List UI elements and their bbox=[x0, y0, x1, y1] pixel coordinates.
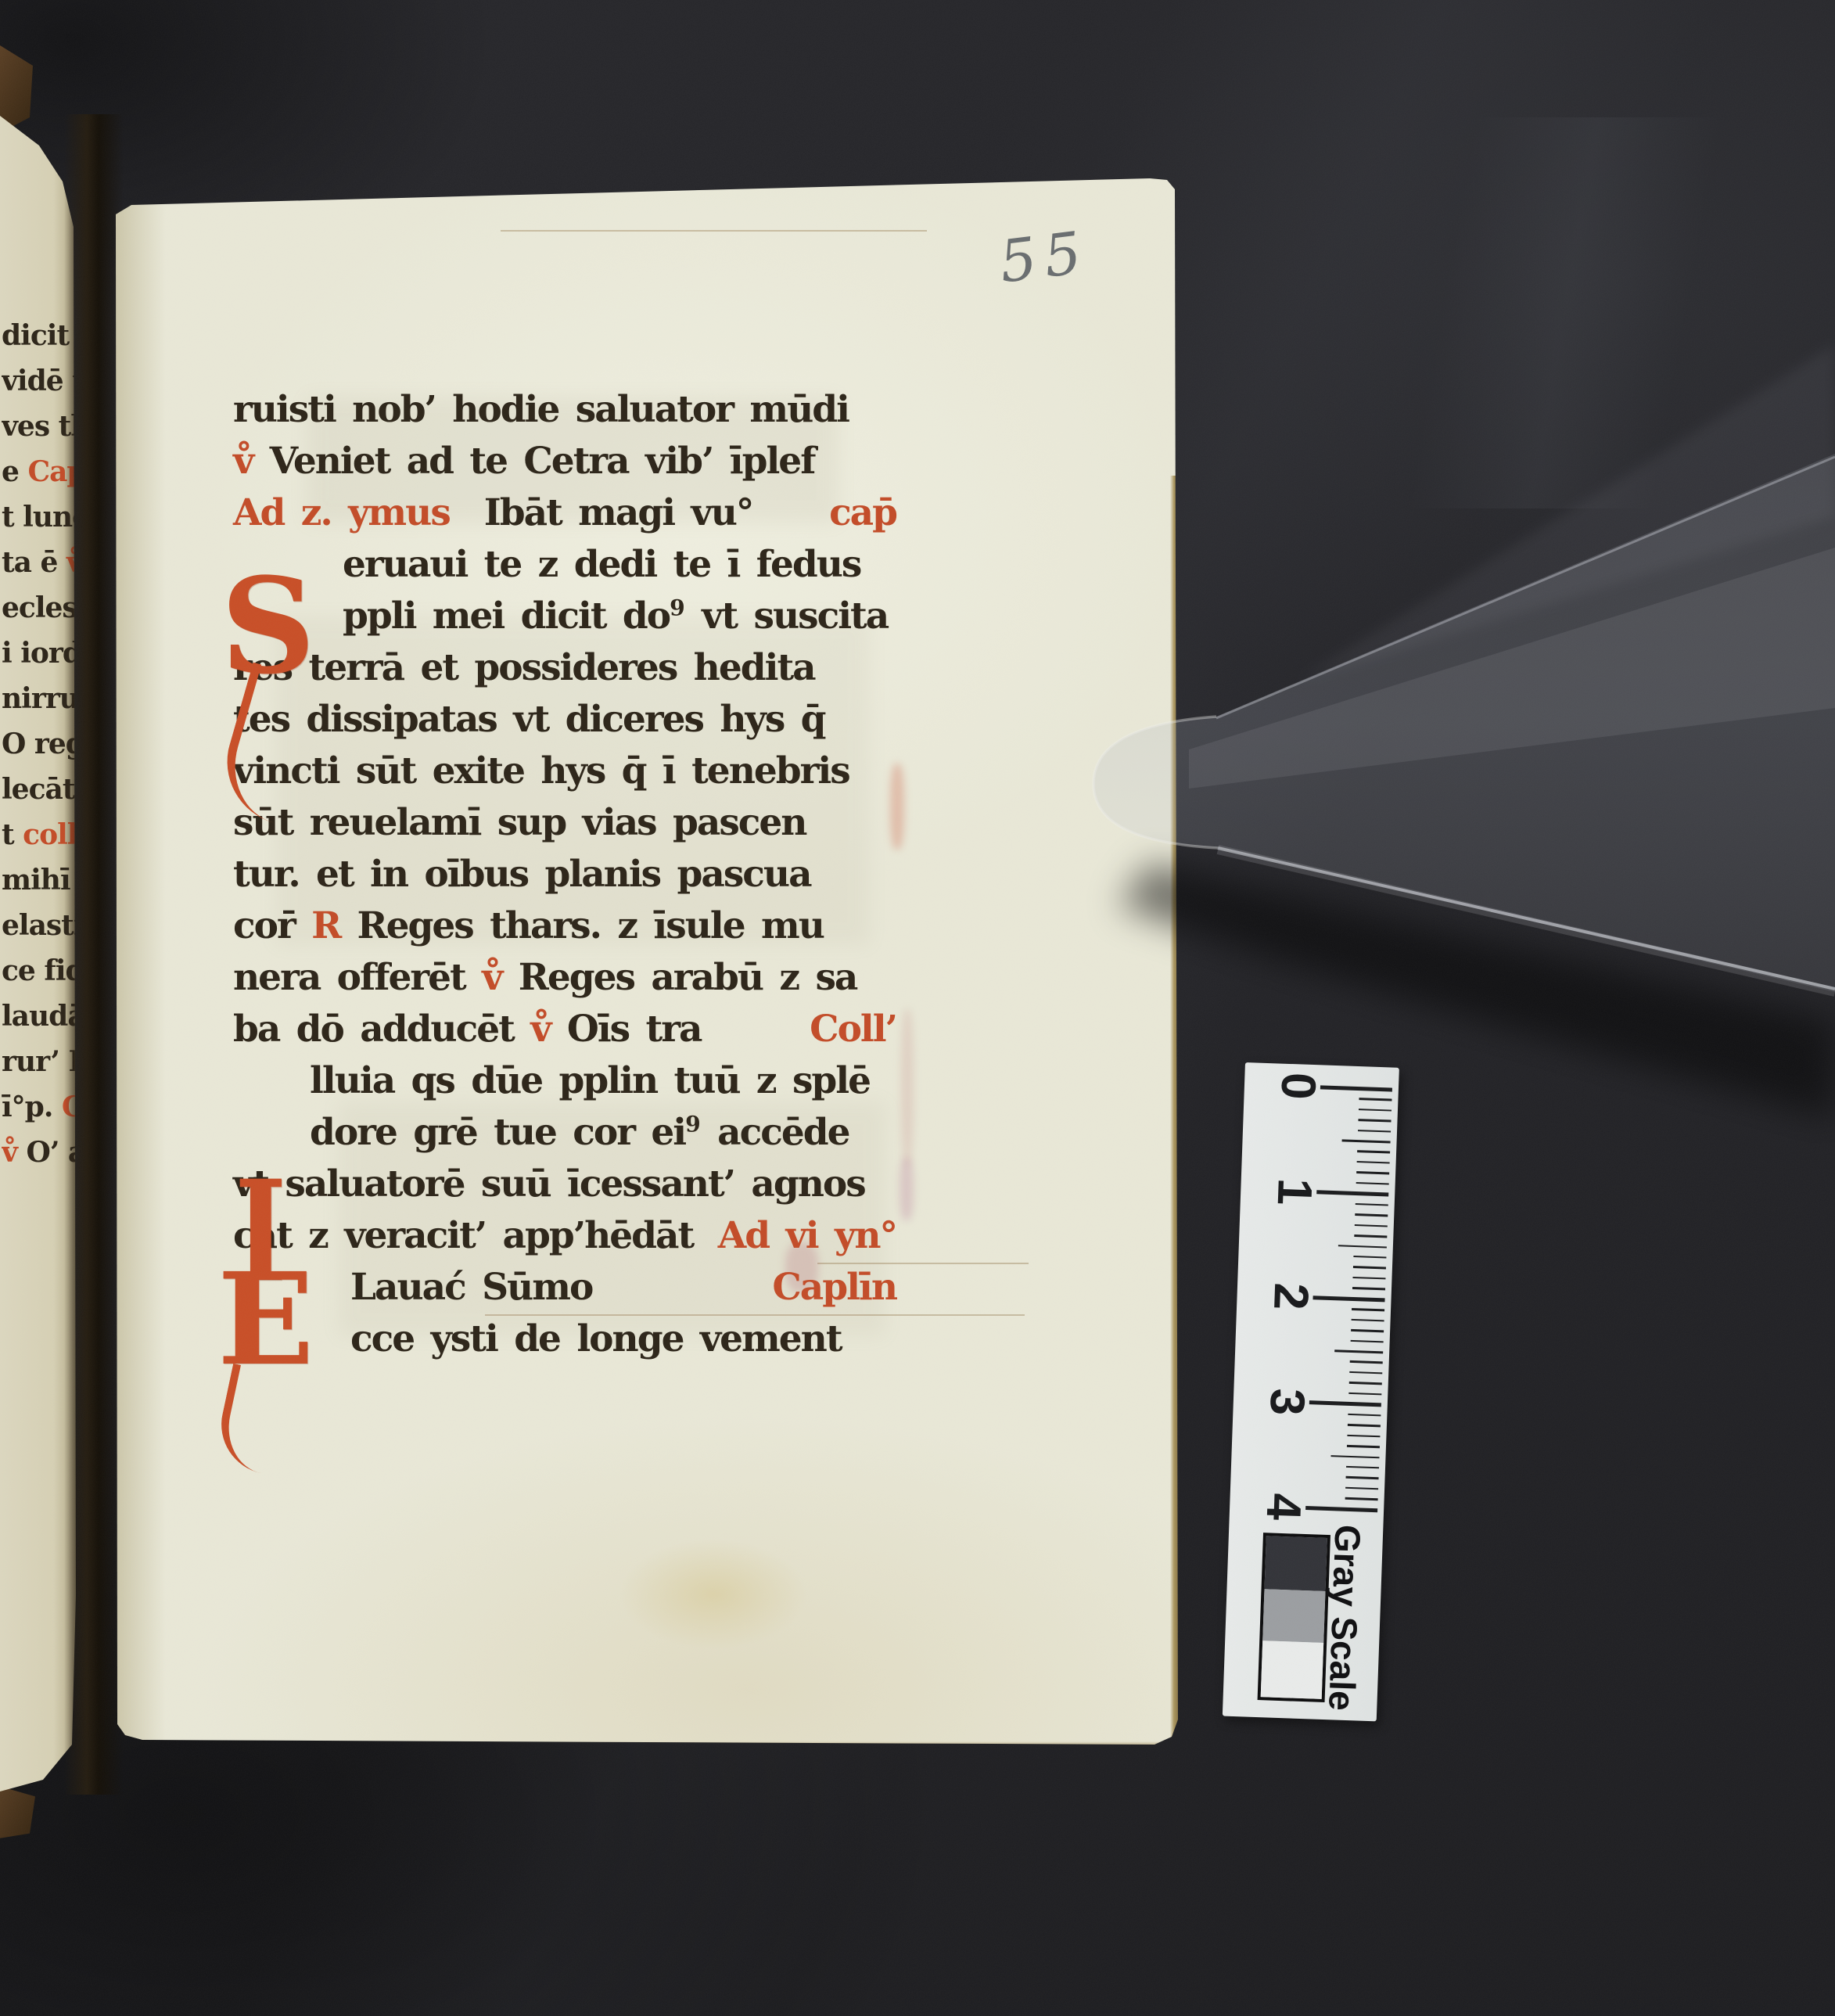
text-segment: dore grē tue cor ei bbox=[310, 1111, 685, 1154]
text-line: sūt reuelamī sup vias pascen bbox=[233, 801, 896, 853]
text-line: nera offerēt v̊ Reges arabū z sa bbox=[233, 956, 896, 1008]
ruler-tick bbox=[1348, 1393, 1381, 1396]
text-segment: v̊ bbox=[482, 956, 519, 999]
text-segment: Ad z. ymus bbox=[233, 491, 450, 534]
ruler-tick bbox=[1354, 1234, 1387, 1238]
ruler-tick bbox=[1320, 1085, 1392, 1091]
text-line: tur. et in oībus planis pascua bbox=[233, 853, 896, 904]
ruler-tick bbox=[1345, 1487, 1378, 1490]
grayscale-patch-dark bbox=[1265, 1536, 1327, 1591]
text-segment: Coll’ bbox=[810, 1008, 896, 1051]
initial-e: E bbox=[217, 1256, 314, 1383]
text-line: vincti sūt exite hys q̄ ī tenebris bbox=[233, 749, 896, 801]
ruler-tick bbox=[1309, 1400, 1381, 1407]
ruler-tick bbox=[1356, 1182, 1389, 1185]
ruler-tick bbox=[1358, 1130, 1391, 1133]
red-smudge bbox=[901, 1009, 914, 1166]
ruler-tick bbox=[1351, 1339, 1384, 1342]
ruler-tick bbox=[1345, 1497, 1378, 1500]
ruler-tick bbox=[1355, 1213, 1388, 1216]
gutter-shadow bbox=[64, 114, 124, 1795]
text-segment: cor̄ bbox=[233, 904, 311, 947]
ruler-tick bbox=[1348, 1414, 1381, 1417]
text-segment: vincti sūt exite hys q̄ ī tenebris bbox=[233, 749, 849, 792]
ruler-tick bbox=[1359, 1098, 1392, 1101]
text-segment: Lauać Sūmo bbox=[350, 1266, 592, 1309]
text-segment: tur. et in oībus planis pascua bbox=[233, 853, 811, 896]
ruler-tick bbox=[1350, 1360, 1383, 1364]
text-segment: v̊ bbox=[2, 1136, 17, 1169]
ruler-tick bbox=[1346, 1466, 1379, 1469]
text-segment: tes dissipatas vt diceres hys q̄ bbox=[233, 698, 825, 741]
text-line: dore grē tue cor ei9 accēde bbox=[233, 1111, 896, 1163]
text-line: eruaui te z dedi te ī fedus bbox=[233, 543, 896, 595]
ruler-tick bbox=[1316, 1190, 1388, 1196]
text-segment: res terrā et possideres hedita bbox=[233, 646, 815, 689]
ruler-tick bbox=[1352, 1308, 1384, 1311]
ruler-card: 01234 Gray Scale bbox=[1223, 1062, 1399, 1721]
text-line: cce ysti de longe vement bbox=[233, 1317, 896, 1369]
ruler-tick bbox=[1338, 1245, 1387, 1249]
ruler-tick bbox=[1313, 1295, 1384, 1302]
text-segment: ta ē bbox=[2, 546, 66, 579]
ruler-number: 3 bbox=[1261, 1375, 1314, 1428]
page-gutter-shading bbox=[111, 202, 166, 1748]
text-line: Lauać SūmoCaplīn bbox=[233, 1266, 896, 1317]
manuscript-page: 55 ruisti nob’ hodie saluator mūdiv̊ Ven… bbox=[103, 178, 1180, 1752]
text-block: ruisti nob’ hodie saluator mūdiv̊ Veniet… bbox=[233, 388, 896, 1369]
text-segment: ppli mei dicit do bbox=[343, 595, 670, 638]
ruler-tick bbox=[1358, 1119, 1391, 1122]
text-segment: eruaui te z dedi te ī fedus bbox=[343, 543, 860, 586]
text-segment: ruisti nob’ hodie saluator mūdi bbox=[233, 388, 849, 431]
ruler-tick bbox=[1356, 1171, 1389, 1174]
text-segment: e bbox=[2, 455, 27, 488]
ruler-tick bbox=[1352, 1287, 1385, 1290]
ruler-tick bbox=[1349, 1382, 1382, 1385]
ruler-number: 0 bbox=[1272, 1059, 1325, 1112]
text-line: res terrā et possideres hedita bbox=[233, 646, 896, 698]
text-segment: Ibāt magi vu° bbox=[484, 491, 753, 534]
text-line: ba dō adducēt v̊ Oīs traColl’ bbox=[233, 1008, 896, 1059]
ruling-line bbox=[501, 230, 927, 232]
text-line: Ad z. ymusIbāt magi vu°cap̄ bbox=[233, 491, 896, 543]
ruler-number: 2 bbox=[1264, 1270, 1317, 1323]
text-segment: Reges arabū z sa bbox=[519, 956, 857, 999]
ruler-tick bbox=[1356, 1203, 1388, 1206]
ruler-tick bbox=[1352, 1277, 1385, 1280]
ruler-tick bbox=[1348, 1424, 1381, 1427]
red-smudge bbox=[900, 1158, 914, 1220]
folio-number: 55 bbox=[996, 218, 1093, 296]
ruler-tick bbox=[1357, 1161, 1390, 1164]
text-line: tes dissipatas vt diceres hys q̄ bbox=[233, 698, 896, 749]
ruler-tick bbox=[1330, 1455, 1379, 1459]
text-line: ruisti nob’ hodie saluator mūdi bbox=[233, 388, 896, 440]
parchment-stain bbox=[619, 1540, 807, 1649]
text-line: lluia qs dūe pplin tuū z splē bbox=[233, 1059, 896, 1111]
text-segment: sūt reuelamī sup vias pascen bbox=[233, 801, 806, 844]
ruler-tick bbox=[1359, 1109, 1392, 1112]
text-segment: Oīs tra bbox=[567, 1008, 702, 1051]
text-segment: cap̄ bbox=[829, 491, 896, 534]
text-line: vt saluatorē suū īcessant’ agnos bbox=[233, 1163, 896, 1214]
grayscale-patch-light bbox=[1261, 1640, 1323, 1699]
text-segment: nera offerēt bbox=[233, 956, 482, 999]
ruler-tick bbox=[1346, 1476, 1379, 1479]
ruler-tick bbox=[1334, 1349, 1383, 1353]
text-segment: cce ysti de longe vement bbox=[350, 1317, 842, 1360]
ruler-tick bbox=[1353, 1256, 1386, 1259]
text-segment: Caplīn bbox=[772, 1266, 896, 1309]
text-segment: v̊ bbox=[233, 440, 253, 483]
text-segment: Veniet ad te Cetra vib’ īplef bbox=[253, 440, 814, 483]
ruler-tick bbox=[1305, 1506, 1377, 1512]
ruler-tick bbox=[1347, 1434, 1380, 1437]
gray-scale-label: Gray Scale bbox=[1260, 1590, 1429, 1645]
text-line: cor̄ R Reges thars. z īsule mu bbox=[233, 904, 896, 956]
ruler-tick bbox=[1347, 1445, 1380, 1448]
text-segment: ī°p. bbox=[2, 1091, 62, 1123]
initial-s: S bbox=[221, 560, 315, 692]
ruler-tick bbox=[1351, 1329, 1384, 1332]
text-line: ppli mei dicit do9 vt suscita bbox=[233, 595, 896, 646]
text-segment: Reges thars. z īsule mu bbox=[357, 904, 824, 947]
text-segment: v̊ bbox=[530, 1008, 567, 1051]
ruler-tick bbox=[1353, 1266, 1386, 1269]
text-segment: 9 bbox=[670, 595, 685, 620]
ruler-number: 1 bbox=[1268, 1165, 1321, 1218]
text-segment: 9 bbox=[685, 1111, 701, 1137]
ruler-tick bbox=[1349, 1371, 1382, 1375]
text-segment: vt suscita bbox=[685, 595, 888, 638]
ruler-number: 4 bbox=[1257, 1480, 1310, 1533]
text-segment: accēde bbox=[701, 1111, 849, 1154]
text-segment: t bbox=[2, 818, 23, 851]
cloth-crease bbox=[1291, 117, 1835, 508]
ruler-tick bbox=[1355, 1224, 1388, 1227]
ruler-tick bbox=[1352, 1319, 1384, 1322]
text-line: v̊ Veniet ad te Cetra vib’ īplef bbox=[233, 440, 896, 491]
text-line: cāt z veracit’ app’hēdātAd vi yn° bbox=[233, 1214, 896, 1266]
ruler-tick bbox=[1342, 1139, 1391, 1143]
text-segment: Ad vi yn° bbox=[718, 1214, 896, 1257]
ruler-tick bbox=[1357, 1151, 1390, 1154]
text-segment: R bbox=[311, 904, 357, 947]
text-segment: vt saluatorē suū īcessant’ agnos bbox=[233, 1163, 865, 1206]
text-segment: lluia qs dūe pplin tuū z splē bbox=[310, 1059, 870, 1102]
text-segment: ba dō adducēt bbox=[233, 1008, 530, 1051]
manuscript-photo: dicit fovidē tes sves thus ie Cap Crit l… bbox=[0, 0, 1835, 2016]
